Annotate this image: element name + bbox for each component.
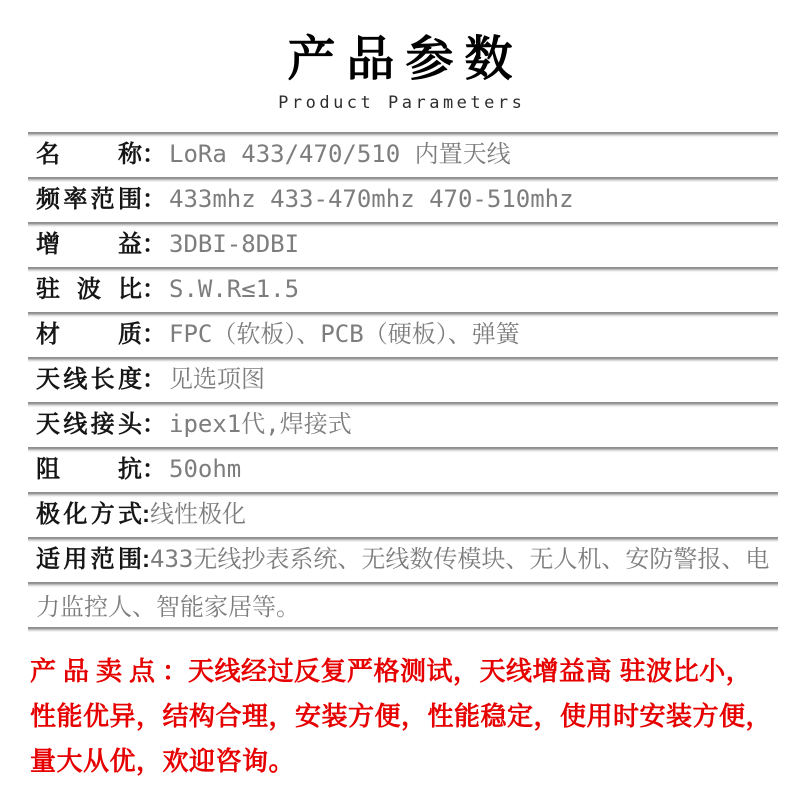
salespoint-colon: ： (162, 656, 188, 686)
spec-row-name: 名称：LoRa 433/470/510 内置天线 (28, 132, 778, 177)
spec-colon: : (142, 501, 150, 528)
spec-colon: ： (142, 411, 166, 438)
salespoint-paragraph: 产品卖点：天线经过反复严格测试，天线增益高 驻波比小，性能优异，结构合理，安装方… (30, 649, 774, 784)
spec-row-applications: 适用范围:433无线抄表系统、无线数传模块、无人机、安防警报、电力监控人、智能家… (28, 537, 778, 627)
spec-label-name: 名称 (36, 132, 142, 177)
spec-label-frequency-range: 频率范围 (36, 177, 142, 222)
spec-row-connector: 天线接头：ipex1代,焊接式 (28, 402, 778, 447)
spec-row-frequency-range: 频率范围：433mhz 433-470mhz 470-510mhz (28, 177, 778, 222)
spec-value-frequency-range: 433mhz 433-470mhz 470-510mhz (169, 185, 574, 213)
spec-colon: ： (142, 276, 166, 303)
spec-value-impedance: 50ohm (169, 455, 241, 483)
spec-row-gain: 增益：3DBI-8DBI (28, 222, 778, 267)
spec-label-impedance: 阻抗 (36, 447, 142, 492)
salespoint-section: 产品卖点：天线经过反复严格测试，天线增益高 驻波比小，性能优异，结构合理，安装方… (30, 649, 774, 784)
spec-value-polarization: 线性极化 (150, 500, 246, 528)
salespoint-label: 产品卖点 (30, 656, 162, 686)
spec-row-polarization: 极化方式:线性极化 (28, 492, 778, 537)
spec-value-name: LoRa 433/470/510 内置天线 (169, 140, 511, 168)
spec-value-connector: ipex1代,焊接式 (169, 410, 352, 438)
page-title: 产品参数 (0, 30, 800, 88)
spec-value-vswr: S.W.R≤1.5 (169, 275, 299, 303)
spec-row-vswr: 驻波比：S.W.R≤1.5 (28, 267, 778, 312)
spec-value-antenna-length: 见选项图 (169, 365, 265, 393)
product-parameters-page: 产品参数 Product Parameters 名称：LoRa 433/470/… (0, 0, 800, 800)
spec-label-polarization: 极化方式 (36, 492, 142, 537)
spec-label-antenna-length: 天线长度 (36, 357, 142, 402)
spec-row-antenna-length: 天线长度：见选项图 (28, 357, 778, 402)
spec-value-material: FPC（软板）、PCB（硬板）、弹簧 (169, 320, 520, 348)
spec-colon: ： (142, 456, 166, 483)
spec-colon: ： (142, 186, 166, 213)
spec-label-vswr: 驻波比 (36, 267, 142, 312)
spec-label-applications: 适用范围 (36, 537, 142, 582)
spec-colon: ： (142, 321, 166, 348)
spec-row-material: 材质：FPC（软板）、PCB（硬板）、弹簧 (28, 312, 778, 357)
spec-label-gain: 增益 (36, 222, 142, 267)
spec-row-impedance: 阻抗：50ohm (28, 447, 778, 492)
header: 产品参数 Product Parameters (0, 0, 800, 116)
page-subtitle: Product Parameters (0, 90, 800, 116)
spec-label-material: 材质 (36, 312, 142, 357)
spec-colon: ： (142, 366, 166, 393)
spec-value-gain: 3DBI-8DBI (169, 230, 299, 258)
spec-colon: ： (142, 141, 166, 168)
spec-label-connector: 天线接头 (36, 402, 142, 447)
spec-table: 名称：LoRa 433/470/510 内置天线 频率范围：433mhz 433… (28, 132, 778, 632)
spec-colon: : (142, 546, 150, 573)
spec-colon: ： (142, 231, 166, 258)
